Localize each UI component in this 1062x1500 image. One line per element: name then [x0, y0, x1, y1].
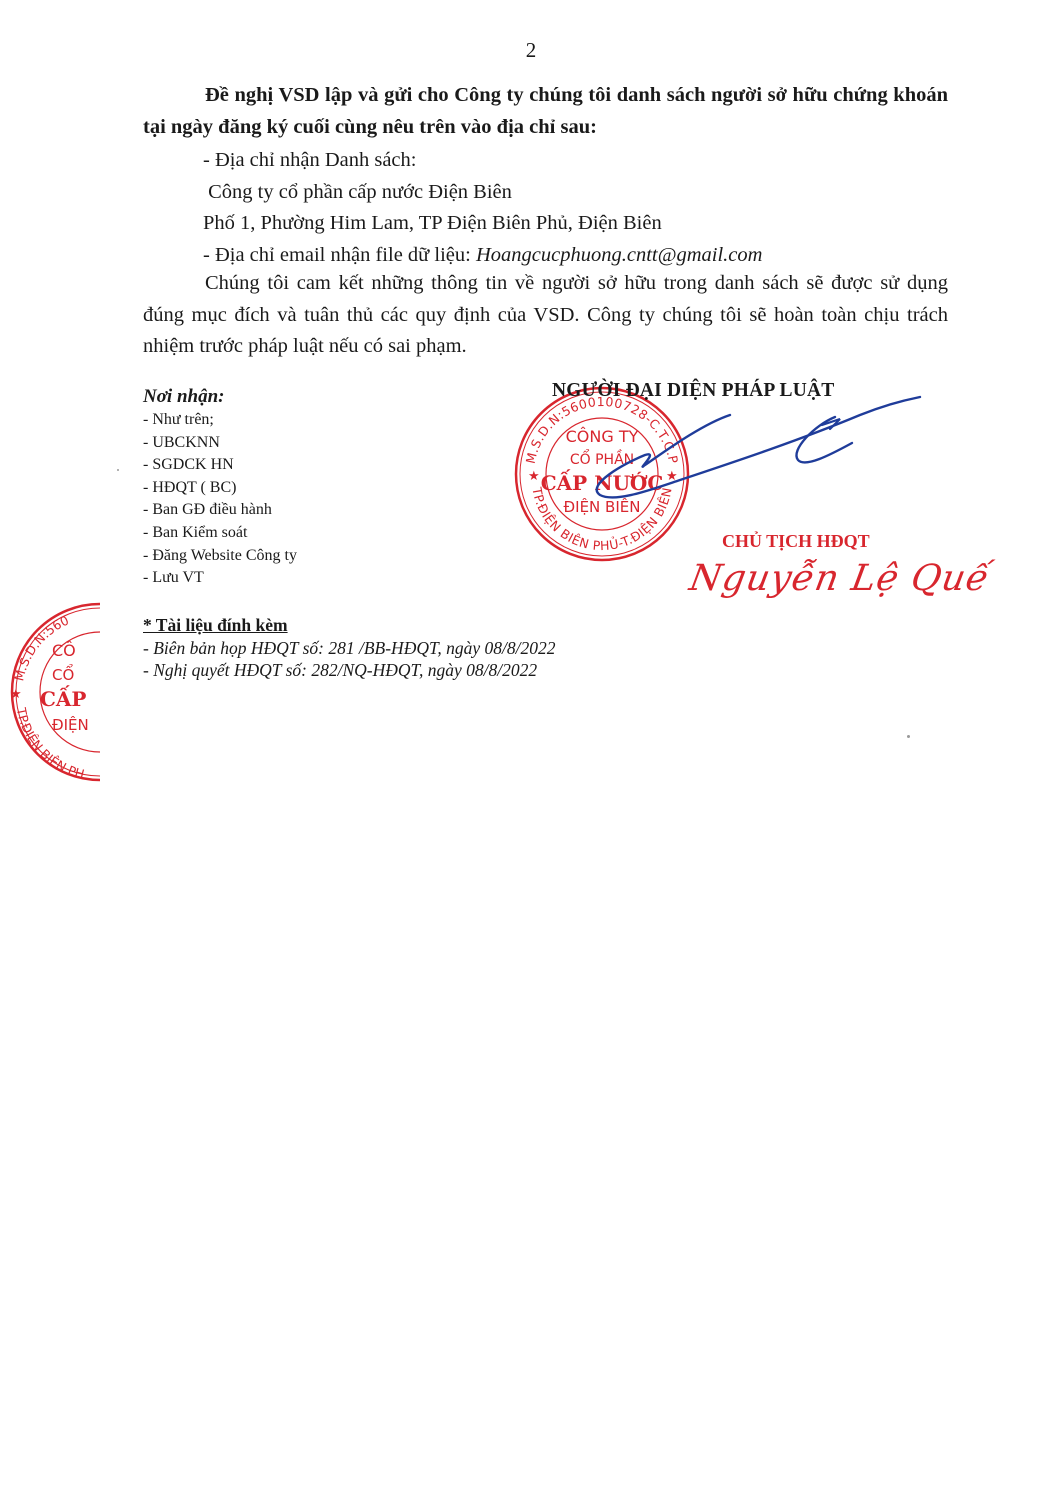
commitment-paragraph: Chúng tôi cam kết những thông tin về ngư…	[143, 268, 948, 363]
scan-speck	[117, 469, 119, 471]
recipient-item: - Lưu VT	[143, 567, 297, 590]
page-number: 2	[0, 38, 1062, 63]
request-paragraph: Đề nghị VSD lập và gửi cho Công ty chúng…	[143, 80, 948, 143]
recipient-item: - Đăng Website Công ty	[143, 545, 297, 568]
address-label: - Địa chỉ nhận Danh sách:	[203, 145, 762, 177]
signature-scribble-icon	[590, 395, 930, 505]
svg-text:CÔ: CÔ	[52, 641, 76, 660]
email-line: - Địa chỉ email nhận file dữ liệu: Hoang…	[203, 240, 762, 272]
svg-text:ĐIỆN: ĐIỆN	[52, 715, 89, 734]
svg-text:★: ★	[10, 687, 22, 702]
email-label: - Địa chỉ email nhận file dữ liệu:	[203, 244, 476, 266]
recipient-item: - Ban GĐ điều hành	[143, 499, 297, 522]
signer-name: Nguyễn Lệ Quế	[686, 558, 993, 599]
partial-stamp: M.S.D.N:560 TP.ĐIỆN BIÊN PH ★ CÔ CỔ CẤP …	[0, 600, 100, 785]
attachment-item: - Biên bản họp HĐQT số: 281 /BB-HĐQT, ng…	[143, 637, 556, 660]
recipient-item: - SGDCK HN	[143, 454, 297, 477]
address-block: - Địa chỉ nhận Danh sách: Công ty cổ phầ…	[203, 145, 762, 271]
attachment-item: - Nghị quyết HĐQT số: 282/NQ-HĐQT, ngày …	[143, 659, 556, 682]
recipient-item: - UBCKNN	[143, 432, 297, 455]
attachments-block: * Tài liệu đính kèm - Biên bản họp HĐQT …	[143, 614, 556, 682]
scan-speck	[907, 735, 910, 738]
svg-text:CỔ: CỔ	[52, 663, 74, 684]
recipients-block: Nơi nhận: - Như trên; - UBCKNN - SGDCK H…	[143, 385, 297, 590]
chairman-title: CHỦ TỊCH HĐQT	[722, 531, 870, 552]
recipients-title: Nơi nhận:	[143, 385, 297, 409]
recipient-item: - HĐQT ( BC)	[143, 477, 297, 500]
partial-stamp-seal-icon: M.S.D.N:560 TP.ĐIỆN BIÊN PH ★ CÔ CỔ CẤP …	[0, 600, 100, 785]
address-company: Công ty cổ phần cấp nước Điện Biên	[203, 177, 762, 209]
email-link[interactable]: Hoangcucphuong.cntt@gmail.com	[476, 244, 762, 266]
svg-text:CẤP: CẤP	[40, 684, 86, 711]
svg-text:★: ★	[528, 469, 540, 484]
attachments-title: * Tài liệu đính kèm	[143, 614, 556, 637]
recipient-item: - Ban Kiểm soát	[143, 522, 297, 545]
handwritten-signature	[590, 395, 930, 510]
recipient-item: - Như trên;	[143, 409, 297, 432]
address-street: Phố 1, Phường Him Lam, TP Điện Biên Phủ,…	[203, 208, 762, 240]
